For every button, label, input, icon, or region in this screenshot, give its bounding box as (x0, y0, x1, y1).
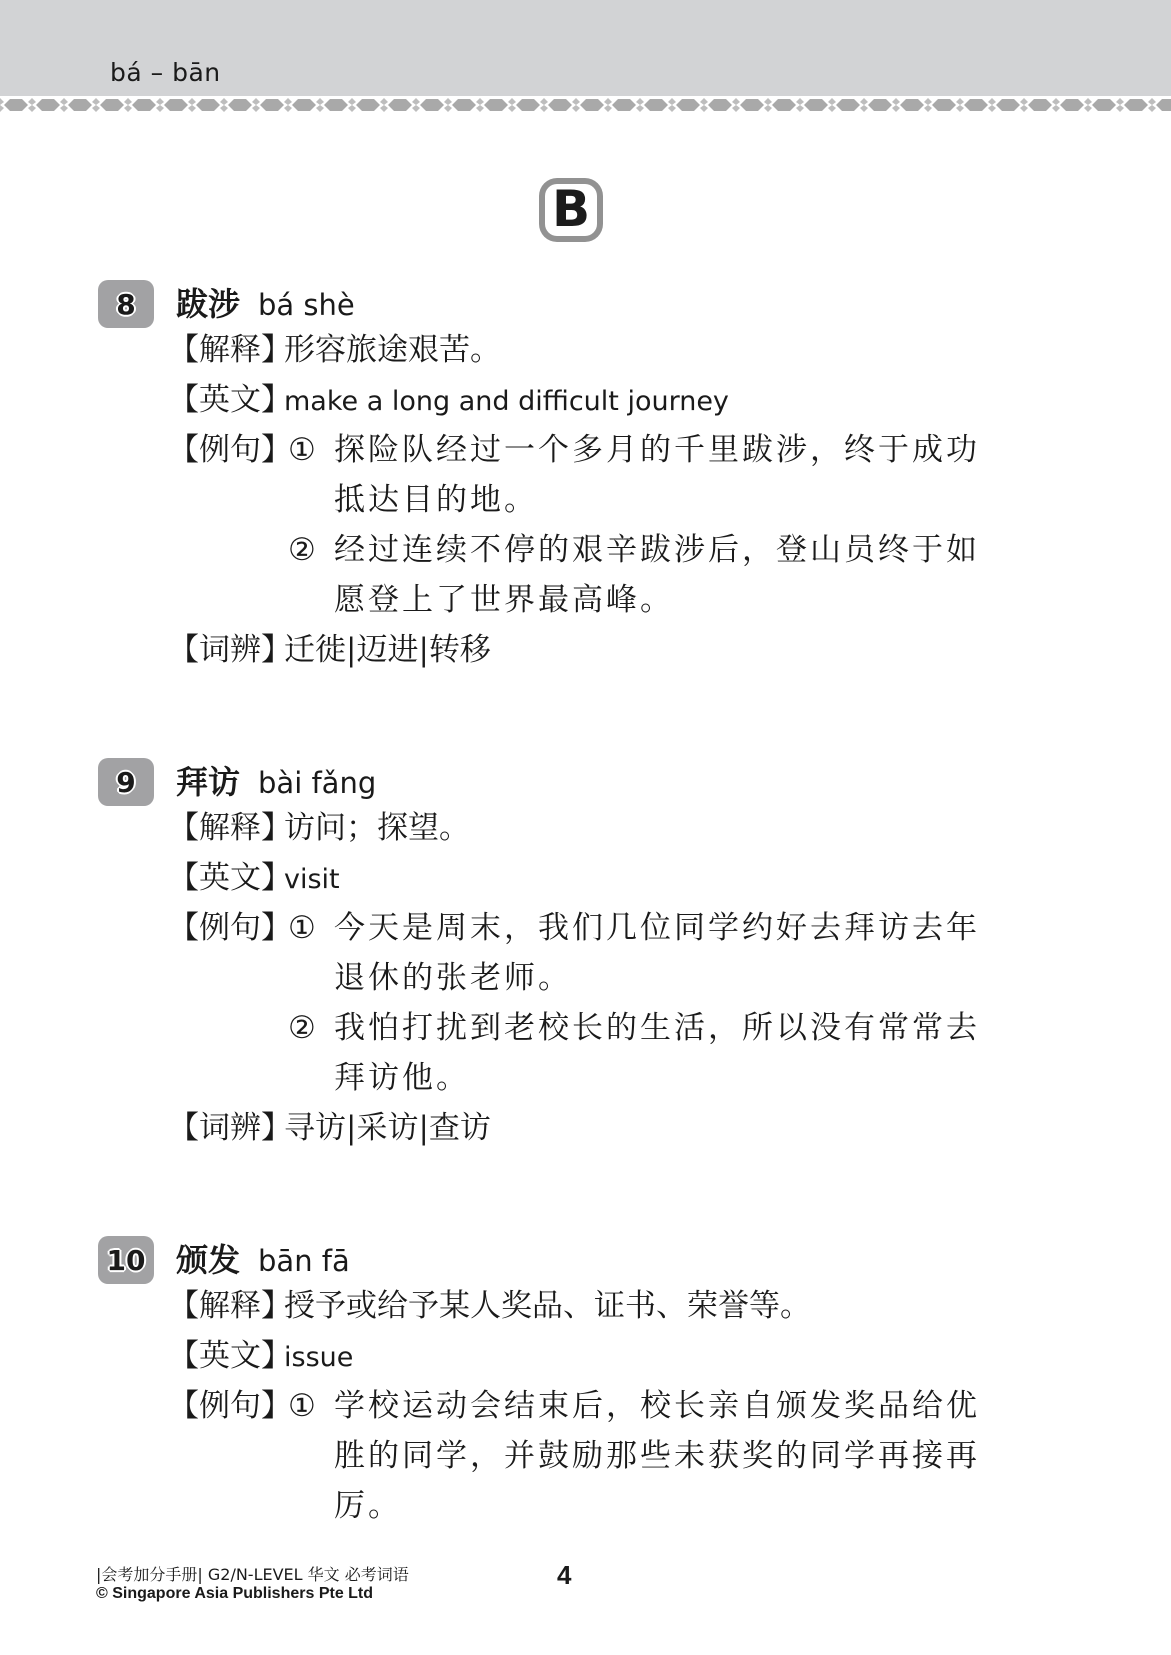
example-marker: ② (288, 1008, 316, 1048)
english-label: 【英文】 (168, 380, 284, 420)
example-line: 探险队经过一个多月的千里跋涉，终于成功 (334, 430, 980, 470)
example-line: 拜访他。 (334, 1058, 470, 1098)
related-label: 【词辨】 (168, 630, 284, 670)
related-words-row: 【词辨】寻访|采访|查访 (168, 1108, 491, 1148)
running-head: bá – bān (110, 58, 221, 87)
example-line: 我怕打扰到老校长的生活，所以没有常常去 (334, 1008, 980, 1048)
related-label: 【词辨】 (168, 1108, 284, 1148)
examples-label-row: 【例句】 (168, 1386, 284, 1426)
definition-text: 形容旅途艰苦。 (284, 332, 501, 368)
example-marker: ② (288, 530, 316, 570)
headword: 颁发bān fā (176, 1238, 350, 1283)
example-line: 经过连续不停的艰辛跋涉后，登山员终于如 (334, 530, 980, 570)
example-line: 学校运动会结束后，校长亲自颁发奖品给优 (334, 1386, 980, 1426)
decorative-pattern-strip (0, 98, 1171, 112)
definition-text: 授予或给予某人奖品、证书、荣誉等。 (284, 1288, 811, 1324)
headword-hanzi: 跋涉 (176, 285, 240, 323)
headword: 跋涉bá shè (176, 282, 355, 327)
footer-copyright: © Singapore Asia Publishers Pte Ltd (96, 1585, 373, 1603)
section-letter-badge: B (539, 178, 603, 242)
headword: 拜访bài fǎng (176, 760, 376, 805)
english-label: 【英文】 (168, 858, 284, 898)
headword-hanzi: 拜访 (176, 763, 240, 801)
section-letter: B (552, 184, 590, 234)
example-line: 愿登上了世界最高峰。 (334, 580, 674, 620)
definition-text: 访问；探望。 (284, 810, 470, 846)
related-words: 迁徙|迈进|转移 (284, 632, 491, 668)
example-line: 抵达目的地。 (334, 480, 538, 520)
example-marker: ① (288, 908, 316, 948)
english-label: 【英文】 (168, 1336, 284, 1376)
entry-number-badge: 10 (98, 1236, 154, 1284)
example-line: 退休的张老师。 (334, 958, 572, 998)
examples-label: 【例句】 (168, 430, 284, 470)
example-line: 今天是周末，我们几位同学约好去拜访去年 (334, 908, 980, 948)
examples-label: 【例句】 (168, 908, 284, 948)
examples-label: 【例句】 (168, 1386, 284, 1426)
english-row: 【英文】make a long and difficult journey (168, 380, 729, 422)
definition-label: 【解释】 (168, 330, 284, 370)
definition-label: 【解释】 (168, 1286, 284, 1326)
footer-book-title: |会考加分手册| G2/N-LEVEL 华文 必考词语 (96, 1562, 409, 1585)
page-number: 4 (557, 1560, 571, 1591)
english-row: 【英文】visit (168, 858, 340, 900)
example-marker: ① (288, 430, 316, 470)
definition-row: 【解释】授予或给予某人奖品、证书、荣誉等。 (168, 1286, 811, 1326)
english-row: 【英文】issue (168, 1336, 353, 1378)
entry-number-badge: 8 (98, 280, 154, 328)
headword-hanzi: 颁发 (176, 1241, 240, 1279)
entry-number-badge: 9 (98, 758, 154, 806)
examples-label-row: 【例句】 (168, 908, 284, 948)
related-words: 寻访|采访|查访 (284, 1110, 491, 1146)
example-marker: ① (288, 1386, 316, 1426)
english-text: visit (284, 864, 340, 895)
related-words-row: 【词辨】迁徙|迈进|转移 (168, 630, 491, 670)
english-text: issue (284, 1342, 353, 1373)
headword-pinyin: bài fǎng (258, 766, 376, 800)
headword-pinyin: bān fā (258, 1244, 350, 1278)
example-line: 胜的同学，并鼓励那些未获奖的同学再接再 (334, 1436, 980, 1476)
definition-row: 【解释】访问；探望。 (168, 808, 470, 848)
definition-label: 【解释】 (168, 808, 284, 848)
definition-row: 【解释】形容旅途艰苦。 (168, 330, 501, 370)
headword-pinyin: bá shè (258, 288, 355, 322)
example-line: 厉。 (334, 1486, 402, 1526)
examples-label-row: 【例句】 (168, 430, 284, 470)
english-text: make a long and difficult journey (284, 386, 729, 417)
